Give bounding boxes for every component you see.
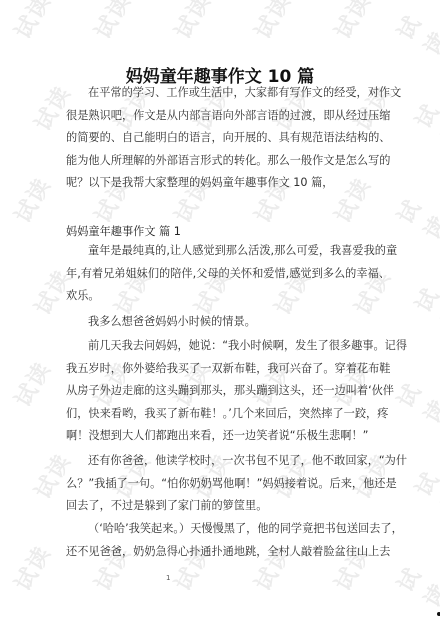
body-paragraph-3: 前几天我去问妈妈，她说：“我小时候啊，发生了很多趣事。记得 我五岁时，你外婆给我… — [66, 335, 388, 448]
intro-line: 在平常的学习、工作或生活中，大家都有写作文的经受，对作文 — [66, 82, 388, 105]
body-line: 们，快来看哟，我买了新布鞋！。’几个来回后，突然摔了一跤，疼 — [66, 403, 388, 426]
body-paragraph-2: 我多么想爸爸妈妈小时候的情景。 — [66, 311, 388, 334]
page-number: 1 — [166, 574, 170, 582]
intro-line: 的简要的、自己能明白的语言，向开展的、具有规范语法结构的、 — [66, 127, 388, 150]
intro-line: 能为他人所理解的外部语言形式的转化。那么一般作文是怎么写的 — [66, 150, 388, 173]
body-line: 前几天我去问妈妈，她说：“我小时候啊，发生了很多趣事。记得 — [66, 335, 388, 358]
section-heading: 妈妈童年趣事作文 篇 1 — [66, 223, 181, 239]
body-line: （‘哈哈’我笑起来。）天慢慢黑了，他的同学竟把书包送回去了， — [66, 518, 388, 541]
body-line: 啊！没想到大人们都跑出来看，还一边笑者说“乐极生悲啊！” — [66, 425, 388, 448]
body-line: 童年是最纯真的,让人感觉到那么活泼,那么可爱，我喜爱我的童 — [66, 240, 388, 263]
intro-line: 呢？以下是我帮大家整理的妈妈童年趣事作文 10 篇， — [66, 172, 388, 195]
body-line: 么？”我插了一句。“怕你奶奶骂他啊！”妈妈接着说。后来，他还是 — [66, 473, 388, 496]
document-page: 妈妈童年趣事作文 10 篇 在平常的学习、工作或生活中，大家都有写作文的经受，对… — [0, 0, 440, 620]
body-line: 还有你爸爸，他读学校时，一次书包不见了，他不敢回家，“为什 — [66, 450, 388, 473]
body-line: 回去了，不过是躲到了家门前的箩筐里。 — [66, 495, 388, 518]
body-paragraph-5: （‘哈哈’我笑起来。）天慢慢黑了，他的同学竟把书包送回去了， 还不见爸爸，奶奶急… — [66, 518, 388, 563]
body-line: 我多么想爸爸妈妈小时候的情景。 — [66, 311, 388, 334]
body-line: 从房子外边走廊的这头蹦到那头，那头蹦到这头，还一边叫着‘伙伴 — [66, 380, 388, 403]
body-line: 还不见爸爸，奶奶急得心扑通扑通地跳，全村人敲着脸盆往山上去 — [66, 541, 388, 564]
intro-paragraph: 在平常的学习、工作或生活中，大家都有写作文的经受，对作文 很是熟识吧，作文是从内… — [66, 82, 388, 195]
intro-line: 很是熟识吧，作文是从内部言语向外部言语的过渡，即从经过压缩 — [66, 105, 388, 128]
body-line: 我五岁时，你外婆给我买了一双新布鞋，我可兴奋了。穿着花布鞋 — [66, 358, 388, 381]
body-paragraph-4: 还有你爸爸，他读学校时，一次书包不见了，他不敢回家，“为什 么？”我插了一句。“… — [66, 450, 388, 518]
body-line: 年,有着兄弟姐妹们的陪伴,父母的关怀和爱惜,感觉到多么的幸福、 — [66, 263, 388, 286]
body-paragraph-1: 童年是最纯真的,让人感觉到那么活泼,那么可爱，我喜爱我的童 年,有着兄弟姐妹们的… — [66, 240, 388, 308]
body-line: 欢乐。 — [66, 285, 388, 308]
